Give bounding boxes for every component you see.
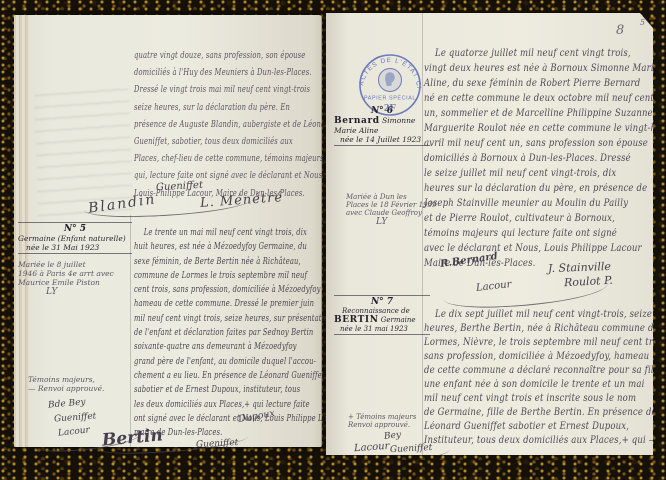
handwritten-line: domiciliés à l'Huy des Meuniers à Dun-le… bbox=[134, 65, 274, 82]
margin-given-name-2: Marie Aline bbox=[334, 126, 430, 135]
temoins-line: — Renvoi approuvé. bbox=[28, 384, 132, 393]
margin-given-name: Simonne bbox=[382, 116, 415, 125]
stamp-paper-text: PAPIER SPÉCIAL bbox=[364, 95, 416, 102]
margin-note-marriage: Mariée à Dun les Places le 18 Février 19… bbox=[346, 193, 426, 227]
handwritten-line: Gueniffet, sabotier, tous deux domicilié… bbox=[134, 134, 274, 151]
handwritten-line: Aline, du sexe féminin de Robert Pierre … bbox=[424, 76, 618, 91]
handwritten-line: les deux domiciliés aux Places,+ qui lec… bbox=[134, 398, 274, 412]
act-number-label: N° 7 bbox=[334, 297, 430, 307]
margin-paraph: LY bbox=[18, 287, 132, 297]
handwritten-line: le seize juillet mil neuf cent vingt-tro… bbox=[424, 166, 618, 181]
margin-note-temoins-left: Témoins majeurs, — Renvoi approuvé. bbox=[28, 375, 132, 393]
margin-marriage-line: 1946 à Paris 4e arrt avec bbox=[18, 269, 132, 278]
signature-bey: Bde Bey bbox=[48, 397, 86, 410]
handwritten-line: heures sur la déclaration du père, en pr… bbox=[424, 181, 618, 196]
act-5-text: Le trente un mai mil neuf cent vingt tro… bbox=[134, 226, 320, 440]
margin-rule-line bbox=[422, 13, 423, 455]
handwritten-line: de cette commune a déclaré reconnaître p… bbox=[424, 364, 618, 378]
handwritten-line: commune de Lormes le trois septembre mil… bbox=[134, 269, 274, 283]
handwritten-line: cent trois, sans profession, domiciliée … bbox=[134, 283, 274, 297]
margin-birth-date: née le 31 mai 1923 bbox=[334, 325, 430, 333]
handwritten-line: Le quatorze juillet mil neuf cent vingt … bbox=[424, 46, 618, 61]
handwritten-line: présence de Auguste Blandin, aubergiste … bbox=[134, 117, 274, 134]
margin-divider bbox=[334, 295, 430, 296]
handwritten-line: un, sommelier et de Marcelline Philippin… bbox=[424, 106, 618, 121]
margin-marriage-line: Places le 18 Février 1939 bbox=[346, 201, 426, 209]
margin-marriage-line: Mariée le 8 juillet bbox=[18, 260, 132, 269]
signature-stainville: J. Stainville bbox=[548, 260, 611, 275]
handwritten-line: domiciliés à Bornoux à Dun-les-Places. D… bbox=[424, 151, 618, 166]
handwritten-line: témoins majeurs qui lecture faite ont si… bbox=[424, 226, 618, 241]
handwritten-line: vingt deux heures est née à Bornoux Simo… bbox=[424, 61, 618, 76]
handwritten-line: Instituteur, tous deux domiciliés aux Pl… bbox=[424, 434, 618, 448]
temoins-line: Témoins majeurs, bbox=[28, 375, 132, 384]
handwritten-line: grand père de l'enfant, au domicile duqu… bbox=[134, 355, 274, 369]
handwritten-line: sans profession, domiciliée à Mézoedyfoy… bbox=[424, 350, 618, 364]
handwritten-line: sexe féminin, de Berte Bertin née à Rich… bbox=[134, 255, 274, 269]
margin-act-type: Reconnaissance de bbox=[334, 307, 430, 315]
margin-note-act5: N° 5 Germaine (Enfant naturelle) née le … bbox=[18, 221, 132, 297]
act-number-label: N° 5 bbox=[18, 224, 132, 234]
act-4-continuation-text: quatre vingt douze, sans profession, son… bbox=[134, 48, 320, 203]
handwritten-line: Le dix sept juillet mil neuf cent vingt-… bbox=[424, 308, 618, 322]
register-book-spread: quatre vingt douze, sans profession, son… bbox=[0, 0, 666, 480]
handwritten-line: Lormes, Nièvre, le trois septembre mil n… bbox=[424, 336, 618, 350]
margin-note-act7: N° 7 Reconnaissance de BERTIN Germaine n… bbox=[334, 294, 430, 336]
margin-divider bbox=[18, 253, 132, 254]
margin-child-name: Bernard Simonne bbox=[334, 116, 430, 126]
margin-divider bbox=[18, 222, 132, 223]
handwritten-line: de l'enfant et déclaration faites par Se… bbox=[134, 326, 274, 340]
handwritten-line: Léonard Gueniffet sabotier et Ernest Dup… bbox=[424, 420, 618, 434]
handwritten-line: et de Pierre Roulot, cultivateur à Borno… bbox=[424, 211, 618, 226]
handwritten-line: heures, Berthe Bertin, née à Richâteau c… bbox=[424, 322, 618, 336]
handwritten-line: sabotier et de Ernest Dupoux, instituteu… bbox=[134, 383, 274, 397]
folio-number-printed: 5 bbox=[640, 18, 645, 27]
margin-marriage-line: Maurice Emile Piston bbox=[18, 278, 132, 287]
temoins-line: Renvoi approuvé. bbox=[348, 421, 438, 429]
handwritten-line: une enfant née à son domicile le trente … bbox=[424, 378, 618, 392]
handwritten-line: Le trente un mai mil neuf cent vingt tro… bbox=[134, 226, 274, 240]
signature-flourish bbox=[444, 281, 610, 311]
margin-child-name: BERTIN Germaine bbox=[334, 315, 430, 325]
margin-divider bbox=[334, 334, 430, 335]
margin-birth-date: née le 14 Juillet 1923 bbox=[334, 135, 430, 144]
handwritten-line: de Germaine, fille de Berthe Bertin. En … bbox=[424, 406, 618, 420]
handwritten-line: avril mil neuf cent un, sans profession … bbox=[424, 136, 618, 151]
handwritten-line: mil neuf cent vingt trois et inscrite so… bbox=[424, 392, 618, 406]
right-page: 8 5 ACTES DE L'ÉTAT CIVIL PAPIER SPÉCIAL… bbox=[326, 13, 653, 455]
act-7-text: Le dix sept juillet mil neuf cent vingt-… bbox=[424, 308, 652, 448]
handwritten-line: Places, chef-lieu de cette commune, témo… bbox=[134, 151, 274, 168]
handwritten-line: né en cette commune le deux octobre mil … bbox=[424, 91, 618, 106]
handwritten-line: seize heures, sur la déclaration du père… bbox=[134, 100, 274, 117]
margin-surname: BERTIN bbox=[334, 315, 379, 325]
handwritten-line: hameau de cette commune. Dressé le premi… bbox=[134, 297, 274, 311]
margin-child-name: Germaine (Enfant naturelle) bbox=[18, 234, 132, 243]
margin-marriage-line: avec Claude Geoffroy bbox=[346, 209, 426, 217]
handwritten-line: Marguerite Roulot née en cette commune l… bbox=[424, 121, 618, 136]
temoins-line: + Témoins majeurs bbox=[348, 413, 438, 421]
margin-divider bbox=[334, 145, 430, 146]
margin-note-temoins-right: + Témoins majeurs Renvoi approuvé. bbox=[348, 413, 438, 429]
margin-marriage-line: Mariée à Dun les bbox=[346, 193, 426, 201]
margin-note-act6: N° 6 Bernard Simonne Marie Aline née le … bbox=[334, 106, 430, 147]
handwritten-line: mil neuf cent vingt trois, seize heures,… bbox=[134, 312, 274, 326]
left-page: quatre vingt douze, sans profession, son… bbox=[14, 15, 322, 447]
signature-gueniffet: Gueniffet bbox=[54, 412, 97, 425]
act-number-label: N° 6 bbox=[334, 106, 430, 116]
handwritten-line: avec le déclarant et Nous, Louis Philipp… bbox=[424, 241, 618, 256]
margin-surname: Bernard bbox=[334, 116, 380, 126]
handwritten-line: soixante-quatre ans demeurant à Mézoedyf… bbox=[134, 340, 274, 354]
margin-paraph: LY bbox=[346, 217, 426, 227]
handwritten-line: quatre vingt douze, sans profession, son… bbox=[134, 48, 274, 65]
margin-birth-date: née le 31 Mai 1923 bbox=[18, 243, 132, 252]
handwritten-line: chement a eu lieu. En présence de Léonar… bbox=[134, 369, 274, 383]
margin-given-name: Germaine bbox=[381, 316, 416, 324]
handwritten-line: Dressé le vingt trois mai mil neuf cent … bbox=[134, 82, 274, 99]
binding-gutter bbox=[321, 12, 326, 456]
handwritten-line: huit heures, est née à Mézoedyfoy Germai… bbox=[134, 240, 274, 254]
act-6-text: Le quatorze juillet mil neuf cent vingt … bbox=[424, 46, 652, 271]
handwritten-line: Joseph Stainville meunier au Moulin du P… bbox=[424, 196, 618, 211]
folio-number-handwritten: 8 bbox=[616, 23, 624, 38]
